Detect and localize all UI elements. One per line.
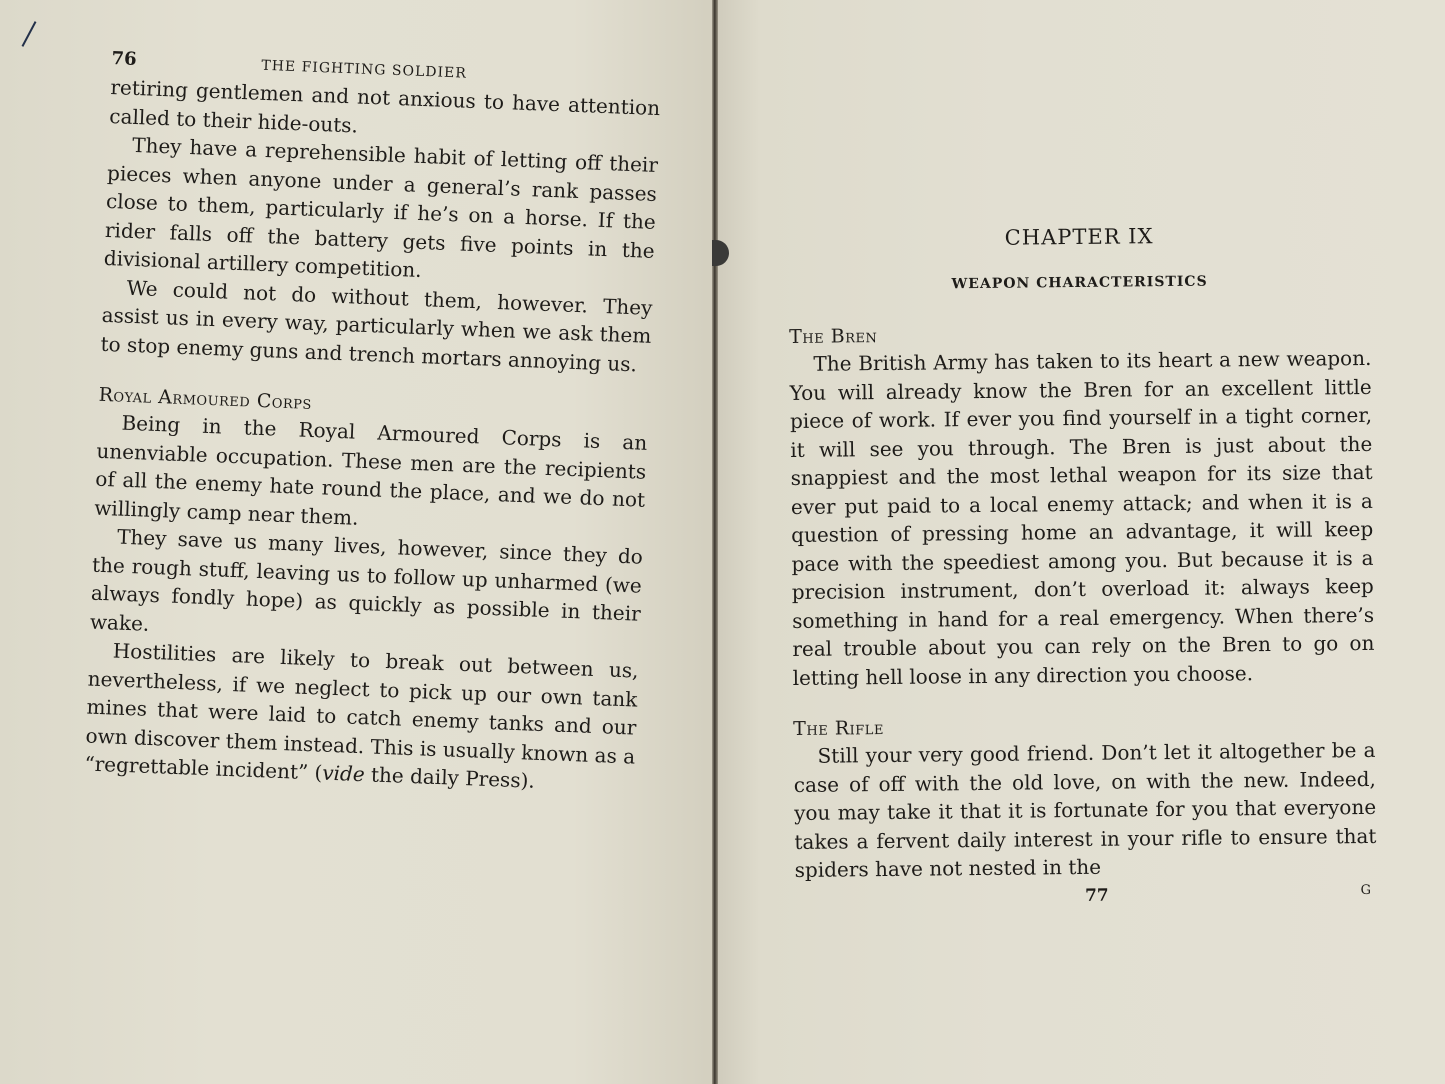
- paragraph: Hostilities are likely to break out betw…: [84, 636, 639, 800]
- section-heading-bren: The Bren: [789, 320, 1371, 348]
- book-gutter: [712, 0, 718, 1084]
- page-number-left: 76: [111, 48, 262, 75]
- page-number-right: 77: [1085, 885, 1109, 905]
- paragraph: They save us many lives, however, since …: [89, 522, 643, 657]
- text-run: the daily Press).: [364, 762, 535, 793]
- paragraph: The British Army has taken to its heart …: [789, 344, 1375, 692]
- running-title: THE FIGHTING SOLDIER: [261, 58, 467, 82]
- signature-mark: G: [1360, 882, 1371, 902]
- paragraph: Still your very good friend. Don’t let i…: [793, 736, 1376, 885]
- italic-text: vide: [322, 761, 365, 787]
- left-page-text: 76 THE FIGHTING SOLDIER retiring gentlem…: [84, 48, 662, 799]
- paragraph: Being in the Royal Armoured Corps is an …: [94, 408, 648, 543]
- chapter-number: CHAPTER IX: [788, 222, 1370, 252]
- open-book-spread: 76 THE FIGHTING SOLDIER retiring gentlem…: [0, 0, 1445, 1084]
- chapter-title: WEAPON CHARACTERISTICS: [789, 272, 1371, 294]
- right-page-text: CHAPTER IX WEAPON CHARACTERISTICS The Br…: [788, 222, 1377, 909]
- paragraph: They have a reprehensible habit of letti…: [103, 130, 658, 294]
- section-heading-rifle: The Rifle: [793, 712, 1375, 740]
